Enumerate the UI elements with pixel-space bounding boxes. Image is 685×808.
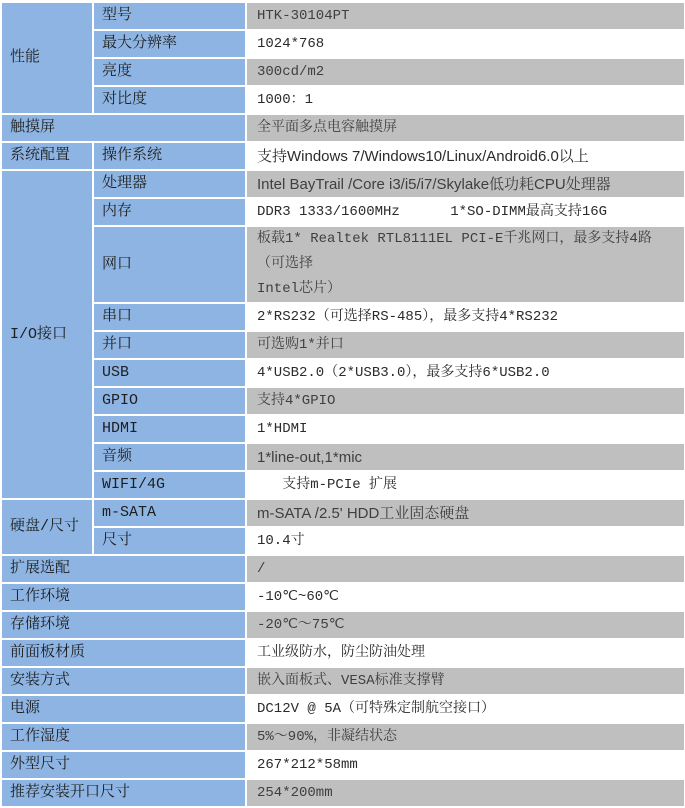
spec-value-cell: 5%～90%，非凝结状态 — [246, 723, 685, 751]
spec-value-cell: 1000：1 — [246, 86, 685, 114]
spec-row: 扩展选配/ — [1, 555, 685, 583]
spec-row: 安装方式嵌入面板式、VESA标准支撑臂 — [1, 667, 685, 695]
spec-group-cell: 性能 — [1, 2, 93, 114]
spec-row: 最大分辨率1024*768 — [1, 30, 685, 58]
spec-row: 对比度1000：1 — [1, 86, 685, 114]
spec-label-cell: WIFI/4G — [93, 471, 246, 499]
product-spec-sheet: 性能型号HTK-30104PT最大分辨率1024*768亮度300cd/m2对比… — [0, 0, 685, 808]
spec-label-cell: 操作系统 — [93, 142, 246, 170]
spec-row: 推荐安装开口尺寸254*200mm — [1, 779, 685, 807]
spec-value-cell: 10.4寸 — [246, 527, 685, 555]
spec-label-cell: 对比度 — [93, 86, 246, 114]
spec-row: 电源DC12V @ 5A（可特殊定制航空接口） — [1, 695, 685, 723]
spec-label-cell: 串口 — [93, 303, 246, 331]
spec-group-cell: 存储环境 — [1, 611, 246, 639]
spec-value-cell: 板载1* Realtek RTL8111EL PCI-E千兆网口，最多支持4路（… — [246, 226, 685, 303]
spec-row: 并口可选购1*并口 — [1, 331, 685, 359]
spec-value-cell: 267*212*58mm — [246, 751, 685, 779]
spec-value-cell: 工业级防水，防尘防油处理 — [246, 639, 685, 667]
spec-value-cell: -10℃~60℃ — [246, 583, 685, 611]
spec-value-cell: 支持Windows 7/Windows10/Linux/Android6.0以上 — [246, 142, 685, 170]
spec-group-cell: 电源 — [1, 695, 246, 723]
spec-value-cell: 支持m-PCIe 扩展 — [246, 471, 685, 499]
spec-group-cell: 硬盘/尺寸 — [1, 499, 93, 555]
spec-value-cell: 可选购1*并口 — [246, 331, 685, 359]
spec-value-cell: DDR3 1333/1600MHz 1*SO-DIMM最高支持16G — [246, 198, 685, 226]
spec-value-cell: HTK-30104PT — [246, 2, 685, 30]
spec-label-cell: 网口 — [93, 226, 246, 303]
spec-label-cell: 音频 — [93, 443, 246, 471]
spec-label-cell: GPIO — [93, 387, 246, 415]
spec-row: 触摸屏全平面多点电容触摸屏 — [1, 114, 685, 142]
spec-row: I/O接口处理器Intel BayTrail /Core i3/i5/i7/Sk… — [1, 170, 685, 198]
spec-group-cell: 触摸屏 — [1, 114, 246, 142]
spec-value-cell: 300cd/m2 — [246, 58, 685, 86]
spec-value-cell: 支持4*GPIO — [246, 387, 685, 415]
spec-row: 工作环境-10℃~60℃ — [1, 583, 685, 611]
spec-group-cell: 推荐安装开口尺寸 — [1, 779, 246, 807]
spec-row: 存储环境-20℃～75℃ — [1, 611, 685, 639]
spec-row: USB4*USB2.0（2*USB3.0），最多支持6*USB2.0 — [1, 359, 685, 387]
spec-row: 硬盘/尺寸m-SATAm-SATA /2.5' HDD工业固态硬盘 — [1, 499, 685, 527]
spec-table: 性能型号HTK-30104PT最大分辨率1024*768亮度300cd/m2对比… — [0, 1, 685, 808]
spec-value-cell: 254*200mm — [246, 779, 685, 807]
spec-row: 外型尺寸267*212*58mm — [1, 751, 685, 779]
spec-value-cell: / — [246, 555, 685, 583]
spec-group-cell: 扩展选配 — [1, 555, 246, 583]
spec-label-cell: 最大分辨率 — [93, 30, 246, 58]
spec-table-body: 性能型号HTK-30104PT最大分辨率1024*768亮度300cd/m2对比… — [1, 2, 685, 807]
spec-group-cell: 前面板材质 — [1, 639, 246, 667]
spec-value-cell: m-SATA /2.5' HDD工业固态硬盘 — [246, 499, 685, 527]
spec-value-cell: 嵌入面板式、VESA标准支撑臂 — [246, 667, 685, 695]
spec-label-cell: 亮度 — [93, 58, 246, 86]
spec-group-cell: 安装方式 — [1, 667, 246, 695]
spec-value-cell: 2*RS232（可选择RS-485），最多支持4*RS232 — [246, 303, 685, 331]
spec-row: 尺寸10.4寸 — [1, 527, 685, 555]
spec-row: 工作湿度5%～90%，非凝结状态 — [1, 723, 685, 751]
spec-group-cell: 工作环境 — [1, 583, 246, 611]
spec-group-cell: 工作湿度 — [1, 723, 246, 751]
spec-group-cell: I/O接口 — [1, 170, 93, 499]
spec-row: 音频1*line-out,1*mic — [1, 443, 685, 471]
spec-value-cell: 1*line-out,1*mic — [246, 443, 685, 471]
spec-value-cell: Intel BayTrail /Core i3/i5/i7/Skylake低功耗… — [246, 170, 685, 198]
spec-row: 内存DDR3 1333/1600MHz 1*SO-DIMM最高支持16G — [1, 198, 685, 226]
spec-value-cell: DC12V @ 5A（可特殊定制航空接口） — [246, 695, 685, 723]
spec-label-cell: 型号 — [93, 2, 246, 30]
spec-row: HDMI1*HDMI — [1, 415, 685, 443]
spec-value-cell: 4*USB2.0（2*USB3.0），最多支持6*USB2.0 — [246, 359, 685, 387]
spec-row: 系统配置操作系统支持Windows 7/Windows10/Linux/Andr… — [1, 142, 685, 170]
spec-label-cell: 内存 — [93, 198, 246, 226]
spec-row: WIFI/4G 支持m-PCIe 扩展 — [1, 471, 685, 499]
spec-value-cell: 1*HDMI — [246, 415, 685, 443]
spec-value-cell: 全平面多点电容触摸屏 — [246, 114, 685, 142]
spec-row: 串口2*RS232（可选择RS-485），最多支持4*RS232 — [1, 303, 685, 331]
spec-group-cell: 外型尺寸 — [1, 751, 246, 779]
spec-value-cell: 1024*768 — [246, 30, 685, 58]
spec-value-cell: -20℃～75℃ — [246, 611, 685, 639]
spec-label-cell: 并口 — [93, 331, 246, 359]
spec-label-cell: USB — [93, 359, 246, 387]
spec-row: 网口板载1* Realtek RTL8111EL PCI-E千兆网口，最多支持4… — [1, 226, 685, 303]
spec-label-cell: 处理器 — [93, 170, 246, 198]
spec-label-cell: HDMI — [93, 415, 246, 443]
spec-label-cell: 尺寸 — [93, 527, 246, 555]
spec-row: GPIO支持4*GPIO — [1, 387, 685, 415]
spec-row: 亮度300cd/m2 — [1, 58, 685, 86]
spec-row: 性能型号HTK-30104PT — [1, 2, 685, 30]
spec-group-cell: 系统配置 — [1, 142, 93, 170]
spec-row: 前面板材质工业级防水，防尘防油处理 — [1, 639, 685, 667]
spec-label-cell: m-SATA — [93, 499, 246, 527]
